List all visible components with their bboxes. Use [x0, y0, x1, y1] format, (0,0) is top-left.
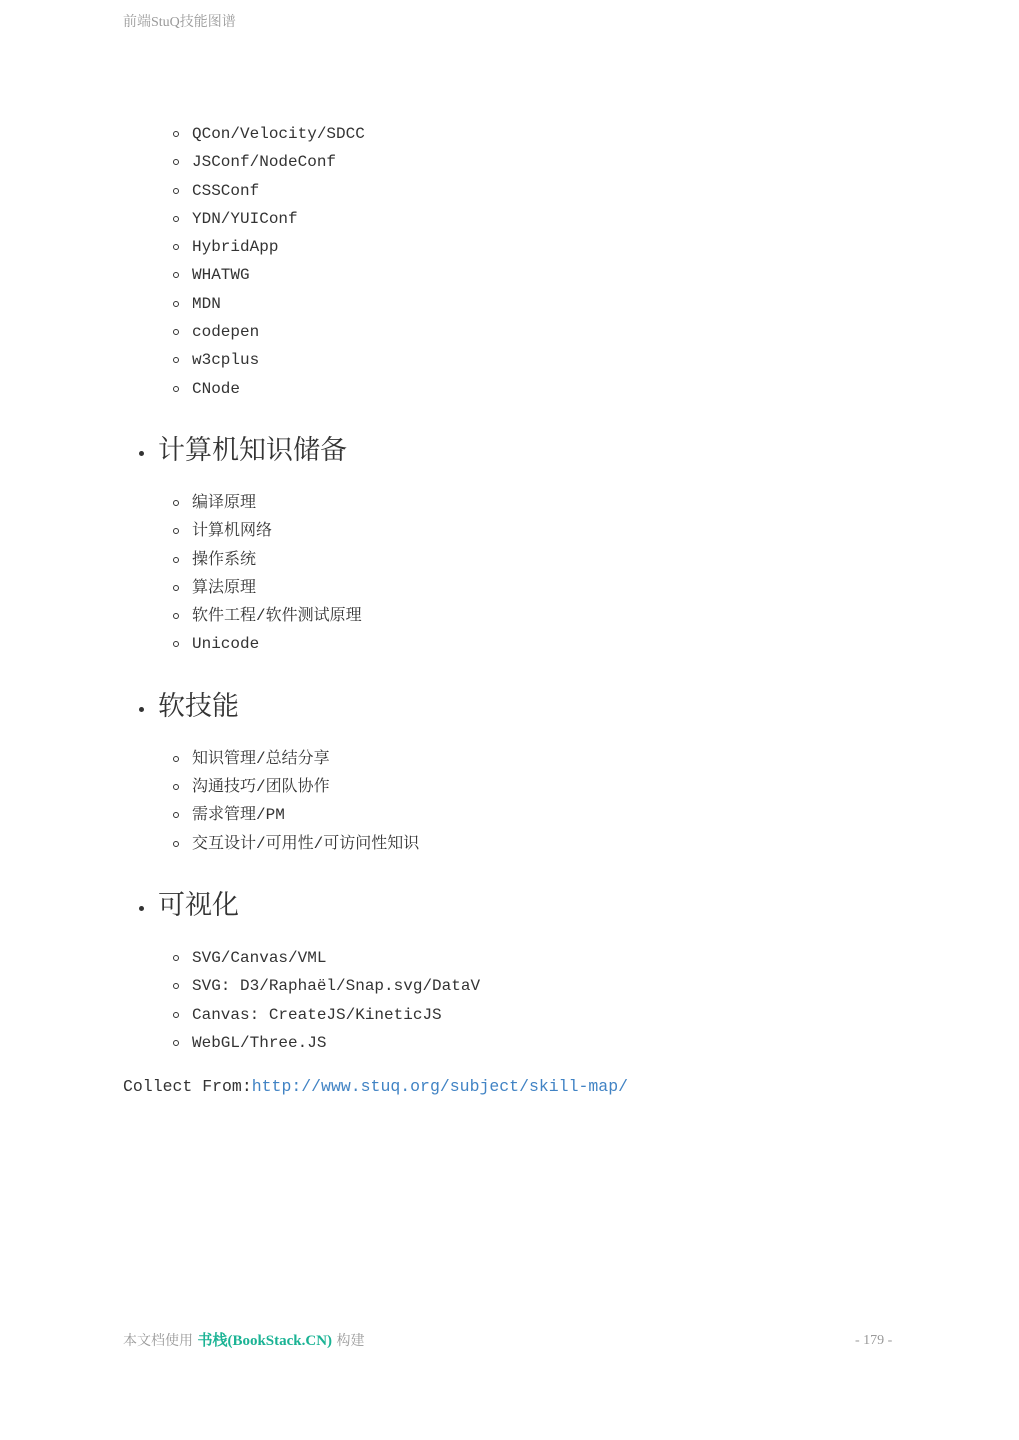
- circle-bullet-icon: [173, 301, 179, 307]
- list-item: 需求管理/PM: [192, 801, 903, 829]
- list-item: 操作系统: [192, 546, 903, 574]
- list-item: 计算机网络: [192, 517, 903, 545]
- section-heading: 计算机知识储备: [158, 433, 903, 469]
- circle-bullet-icon: [173, 272, 179, 278]
- footer-credit: 本文档使用 书栈(BookStack.CN) 构建: [123, 1331, 365, 1351]
- disc-bullet-icon: [139, 707, 144, 712]
- section-list: SVG/Canvas/VML SVG: D3/Raphaël/Snap.svg/…: [158, 944, 903, 1057]
- list-item: WebGL/Three.JS: [192, 1029, 903, 1057]
- section-list: 编译原理 计算机网络 操作系统 算法原理 软件工程/软件测试原理 Unicode: [158, 489, 903, 659]
- collect-label: Collect From:: [123, 1077, 252, 1096]
- list-item: Canvas: CreateJS/KineticJS: [192, 1001, 903, 1029]
- list-item: QCon/Velocity/SDCC: [192, 120, 903, 148]
- list-item: CNode: [192, 375, 903, 403]
- list-item: SVG: D3/Raphaël/Snap.svg/DataV: [192, 972, 903, 1000]
- list-item: w3cplus: [192, 346, 903, 374]
- list-item: MDN: [192, 290, 903, 318]
- circle-bullet-icon: [173, 613, 179, 619]
- disc-bullet-icon: [139, 906, 144, 911]
- document-body: QCon/Velocity/SDCC JSConf/NodeConf CSSCo…: [123, 120, 903, 1096]
- list-item: 交互设计/可用性/可访问性知识: [192, 830, 903, 858]
- collect-from-line: Collect From:http://www.stuq.org/subject…: [123, 1077, 903, 1096]
- circle-bullet-icon: [173, 1012, 179, 1018]
- section-list: 知识管理/总结分享 沟通技巧/团队协作 需求管理/PM 交互设计/可用性/可访问…: [158, 745, 903, 858]
- section-visualization: 可视化 SVG/Canvas/VML SVG: D3/Raphaël/Snap.…: [123, 888, 903, 1057]
- section-computer-knowledge: 计算机知识储备 编译原理 计算机网络 操作系统 算法原理 软件工程/软件测试原理…: [123, 433, 903, 659]
- circle-bullet-icon: [173, 983, 179, 989]
- list-item: SVG/Canvas/VML: [192, 944, 903, 972]
- circle-bullet-icon: [173, 528, 179, 534]
- list-item: 知识管理/总结分享: [192, 745, 903, 773]
- list-item: 编译原理: [192, 489, 903, 517]
- list-item: CSSConf: [192, 177, 903, 205]
- circle-bullet-icon: [173, 357, 179, 363]
- section-heading: 可视化: [158, 888, 903, 924]
- section-soft-skills: 软技能 知识管理/总结分享 沟通技巧/团队协作 需求管理/PM 交互设计/可用性…: [123, 689, 903, 858]
- circle-bullet-icon: [173, 131, 179, 137]
- circle-bullet-icon: [173, 159, 179, 165]
- circle-bullet-icon: [173, 386, 179, 392]
- footer-suffix: 构建: [332, 1333, 364, 1349]
- circle-bullet-icon: [173, 756, 179, 762]
- circle-bullet-icon: [173, 329, 179, 335]
- page-number: - 179 -: [855, 1331, 892, 1351]
- source-link[interactable]: http://www.stuq.org/subject/skill-map/: [252, 1077, 628, 1096]
- circle-bullet-icon: [173, 812, 179, 818]
- circle-bullet-icon: [173, 641, 179, 647]
- circle-bullet-icon: [173, 784, 179, 790]
- circle-bullet-icon: [173, 955, 179, 961]
- circle-bullet-icon: [173, 216, 179, 222]
- list-item: JSConf/NodeConf: [192, 148, 903, 176]
- circle-bullet-icon: [173, 500, 179, 506]
- circle-bullet-icon: [173, 841, 179, 847]
- circle-bullet-icon: [173, 557, 179, 563]
- list-item: WHATWG: [192, 261, 903, 289]
- list-item: HybridApp: [192, 233, 903, 261]
- circle-bullet-icon: [173, 585, 179, 591]
- list-item: 算法原理: [192, 574, 903, 602]
- running-header: 前端StuQ技能图谱: [123, 13, 236, 33]
- list-item: 软件工程/软件测试原理: [192, 602, 903, 630]
- list-item: codepen: [192, 318, 903, 346]
- circle-bullet-icon: [173, 244, 179, 250]
- disc-bullet-icon: [139, 451, 144, 456]
- community-resources-list: QCon/Velocity/SDCC JSConf/NodeConf CSSCo…: [123, 120, 903, 403]
- circle-bullet-icon: [173, 188, 179, 194]
- footer-prefix: 本文档使用: [123, 1333, 197, 1349]
- list-item: YDN/YUIConf: [192, 205, 903, 233]
- list-item: Unicode: [192, 630, 903, 658]
- section-heading: 软技能: [158, 689, 903, 725]
- bookstack-link[interactable]: 书栈(BookStack.CN): [197, 1333, 332, 1349]
- circle-bullet-icon: [173, 1040, 179, 1046]
- list-item: 沟通技巧/团队协作: [192, 773, 903, 801]
